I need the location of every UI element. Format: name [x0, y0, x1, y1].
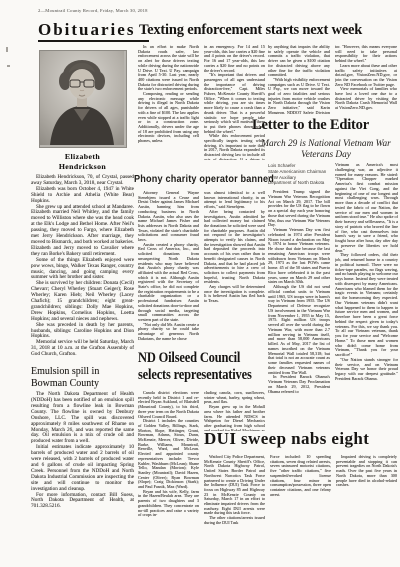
letter-signature-title: State Americanism Chairman [268, 169, 326, 175]
letter-subtitle-line2: Veterans Day [256, 150, 396, 161]
oilseed-headline-line2: selects representatives [138, 367, 252, 384]
obituaries-section-title: Obituaries [38, 20, 135, 40]
dui-column-1: Watford City Police Department, McKenzie… [204, 455, 265, 561]
oilseed-paragraph: District 1 includes the counties of Gold… [138, 419, 199, 490]
obituary-paragraph: Memorial service will be held Saturday, … [31, 340, 134, 358]
obituary-paragraph: She grew up and attended school at Manda… [31, 205, 134, 258]
phony-column-1: Attorney General Wayne Stenehjem issued … [138, 191, 199, 341]
dui-headline: DUI sweep nabs eight [204, 429, 369, 449]
phony-column-2: was almost identical to a well known int… [204, 191, 265, 341]
texting-article-headline: Texting enforcement starts next week [139, 22, 399, 39]
letter-subtitle-line1: March 29 is National Vietnam War [256, 139, 396, 150]
phony-paragraph: "Not only did Mr. Austin create a phony … [138, 323, 199, 341]
oilseed-column-2: cluding canola, corn, sunflowers, winter… [204, 391, 265, 431]
dui-paragraph: Watford City Police Department, McKenzie… [204, 455, 265, 516]
letter-signature-block: Lois Schaefer State Americanism Chairman… [268, 163, 326, 186]
dui-column-3: Impaired driving is completely preventab… [336, 455, 397, 545]
letter-paragraph: Vietnam Veterans Day was first celebrate… [268, 228, 330, 285]
obituary-paragraph: She is survived by her children: Donata … [31, 281, 134, 322]
masthead-folio-line: 2—Mountrail County Record, Friday, March… [38, 8, 148, 13]
obituary-photo [39, 50, 127, 148]
scan-artifact [6, 47, 8, 52]
emulsion-paragraph: The North Dakota Department of Health (N… [31, 392, 134, 445]
dui-paragraph: Impaired driving is completely preventab… [336, 455, 397, 488]
letter-paragraph: Vietnam as America's most challenging wa… [335, 163, 398, 253]
texting-column-4: tor. "However, this means everyone will … [335, 45, 397, 114]
letter-paragraph: In President Barack Obama's Vietnam Vete… [268, 375, 330, 394]
obituary-paragraph: Some of the things Elizabeth enjoyed wer… [31, 258, 134, 282]
obituary-name-line1: Elizabeth [31, 152, 134, 162]
oilseed-paragraph: cluding canola, corn, sunflowers, winter… [204, 391, 265, 405]
texting-paragraph: Learn more about these and other traffic… [335, 64, 397, 88]
emulsion-paragraph: Initial estimates indicate approximately… [31, 445, 134, 492]
letter-paragraph: Although the US did not send official co… [268, 285, 330, 375]
texting-column-1: In an effort to make North Dakota roads … [138, 45, 199, 160]
texting-paragraph: in an emergency. For 14 and 15 year-olds… [204, 45, 265, 73]
obituary-name: Elizabeth Hendrickson [31, 152, 134, 172]
letter-signature-dept: Department of North Dakota [268, 180, 326, 186]
dui-paragraph: The other citations/arrests issued durin… [204, 516, 265, 525]
letter-column-2: Vietnam as America's most challenging wa… [335, 163, 398, 427]
emulsion-paragraph: For more information, contact Bill Suess… [31, 493, 134, 511]
emulsion-headline-line1: Emulsion spill in [31, 366, 134, 378]
texting-column-3: by anything that impairs the ability to … [268, 45, 330, 114]
letter-paragraph: President Trump signed the Vietnam War V… [268, 190, 330, 228]
obituary-name-line2: Hendrickson [31, 162, 134, 172]
phony-paragraph: After being contacted by investigators, … [204, 210, 265, 285]
letter-subtitle: March 29 is National Vietnam War Veteran… [256, 139, 396, 161]
obituaries-underline [38, 40, 149, 42]
texting-paragraph: tor. "However, this means everyone will … [335, 45, 397, 64]
texting-paragraph: View memorials of families who have lost… [335, 87, 397, 111]
obituary-paragraph: She was preceded in death by her parents… [31, 323, 134, 341]
oilseed-paragraph: Bryan and his wife, Kelly, farm in the H… [138, 490, 199, 518]
phony-charity-headline: Phony charity operator banned [134, 174, 274, 185]
oilseed-paragraph: Bryan grew up in the Mohall area where h… [204, 405, 265, 431]
phony-paragraph: Attorney General Wayne Stenehjem issued … [138, 191, 199, 243]
phony-paragraph: was almost identical to a well known int… [204, 191, 265, 210]
emulsion-article-headline: Emulsion spill in Bowman County [31, 366, 134, 389]
texting-paragraph: by anything that impairs the ability to … [268, 45, 330, 78]
dui-column-2: Force included: 10 speeding citations, s… [270, 455, 331, 545]
texting-paragraph: Composing, reading or sending any electr… [138, 92, 199, 144]
newspaper-page: 2—Mountrail County Record, Friday, March… [0, 0, 400, 567]
letter-to-editor-headline: Letter to the Editor [252, 117, 369, 134]
texting-paragraph: In an effort to make North Dakota roads … [138, 45, 199, 92]
letter-column-1: President Trump signed the Vietnam War V… [268, 190, 330, 430]
texting-paragraph: "With high visibility enforcement campai… [268, 78, 330, 114]
phony-paragraph: Austin created a phony charity, Red Cros… [138, 243, 199, 323]
letter-paragraph: "Our Nation stands stronger for their se… [335, 358, 398, 382]
obituary-paragraph: Elizabeth was born October 4, 1947 in Wh… [31, 187, 134, 205]
emulsion-headline-line2: Bowman County [31, 378, 134, 390]
phony-paragraph: Any charges will be determined once the … [204, 285, 265, 304]
obituary-column: Elizabeth Hendrickson Elizabeth Hendrick… [31, 50, 134, 510]
oilseed-headline: ND Oilseed Council selects representativ… [138, 350, 252, 384]
oilseed-paragraph: Canola district elections were recently … [138, 391, 199, 419]
oilseed-headline-line1: ND Oilseed Council [138, 350, 252, 367]
oilseed-column-1: Canola district elections were recently … [138, 391, 199, 562]
dui-paragraph: Force included: 10 speeding citations, s… [270, 455, 331, 497]
scan-artifact [7, 65, 10, 67]
letter-paragraph: They followed orders, did their job, and… [335, 253, 398, 358]
portrait-illustration [40, 51, 124, 145]
